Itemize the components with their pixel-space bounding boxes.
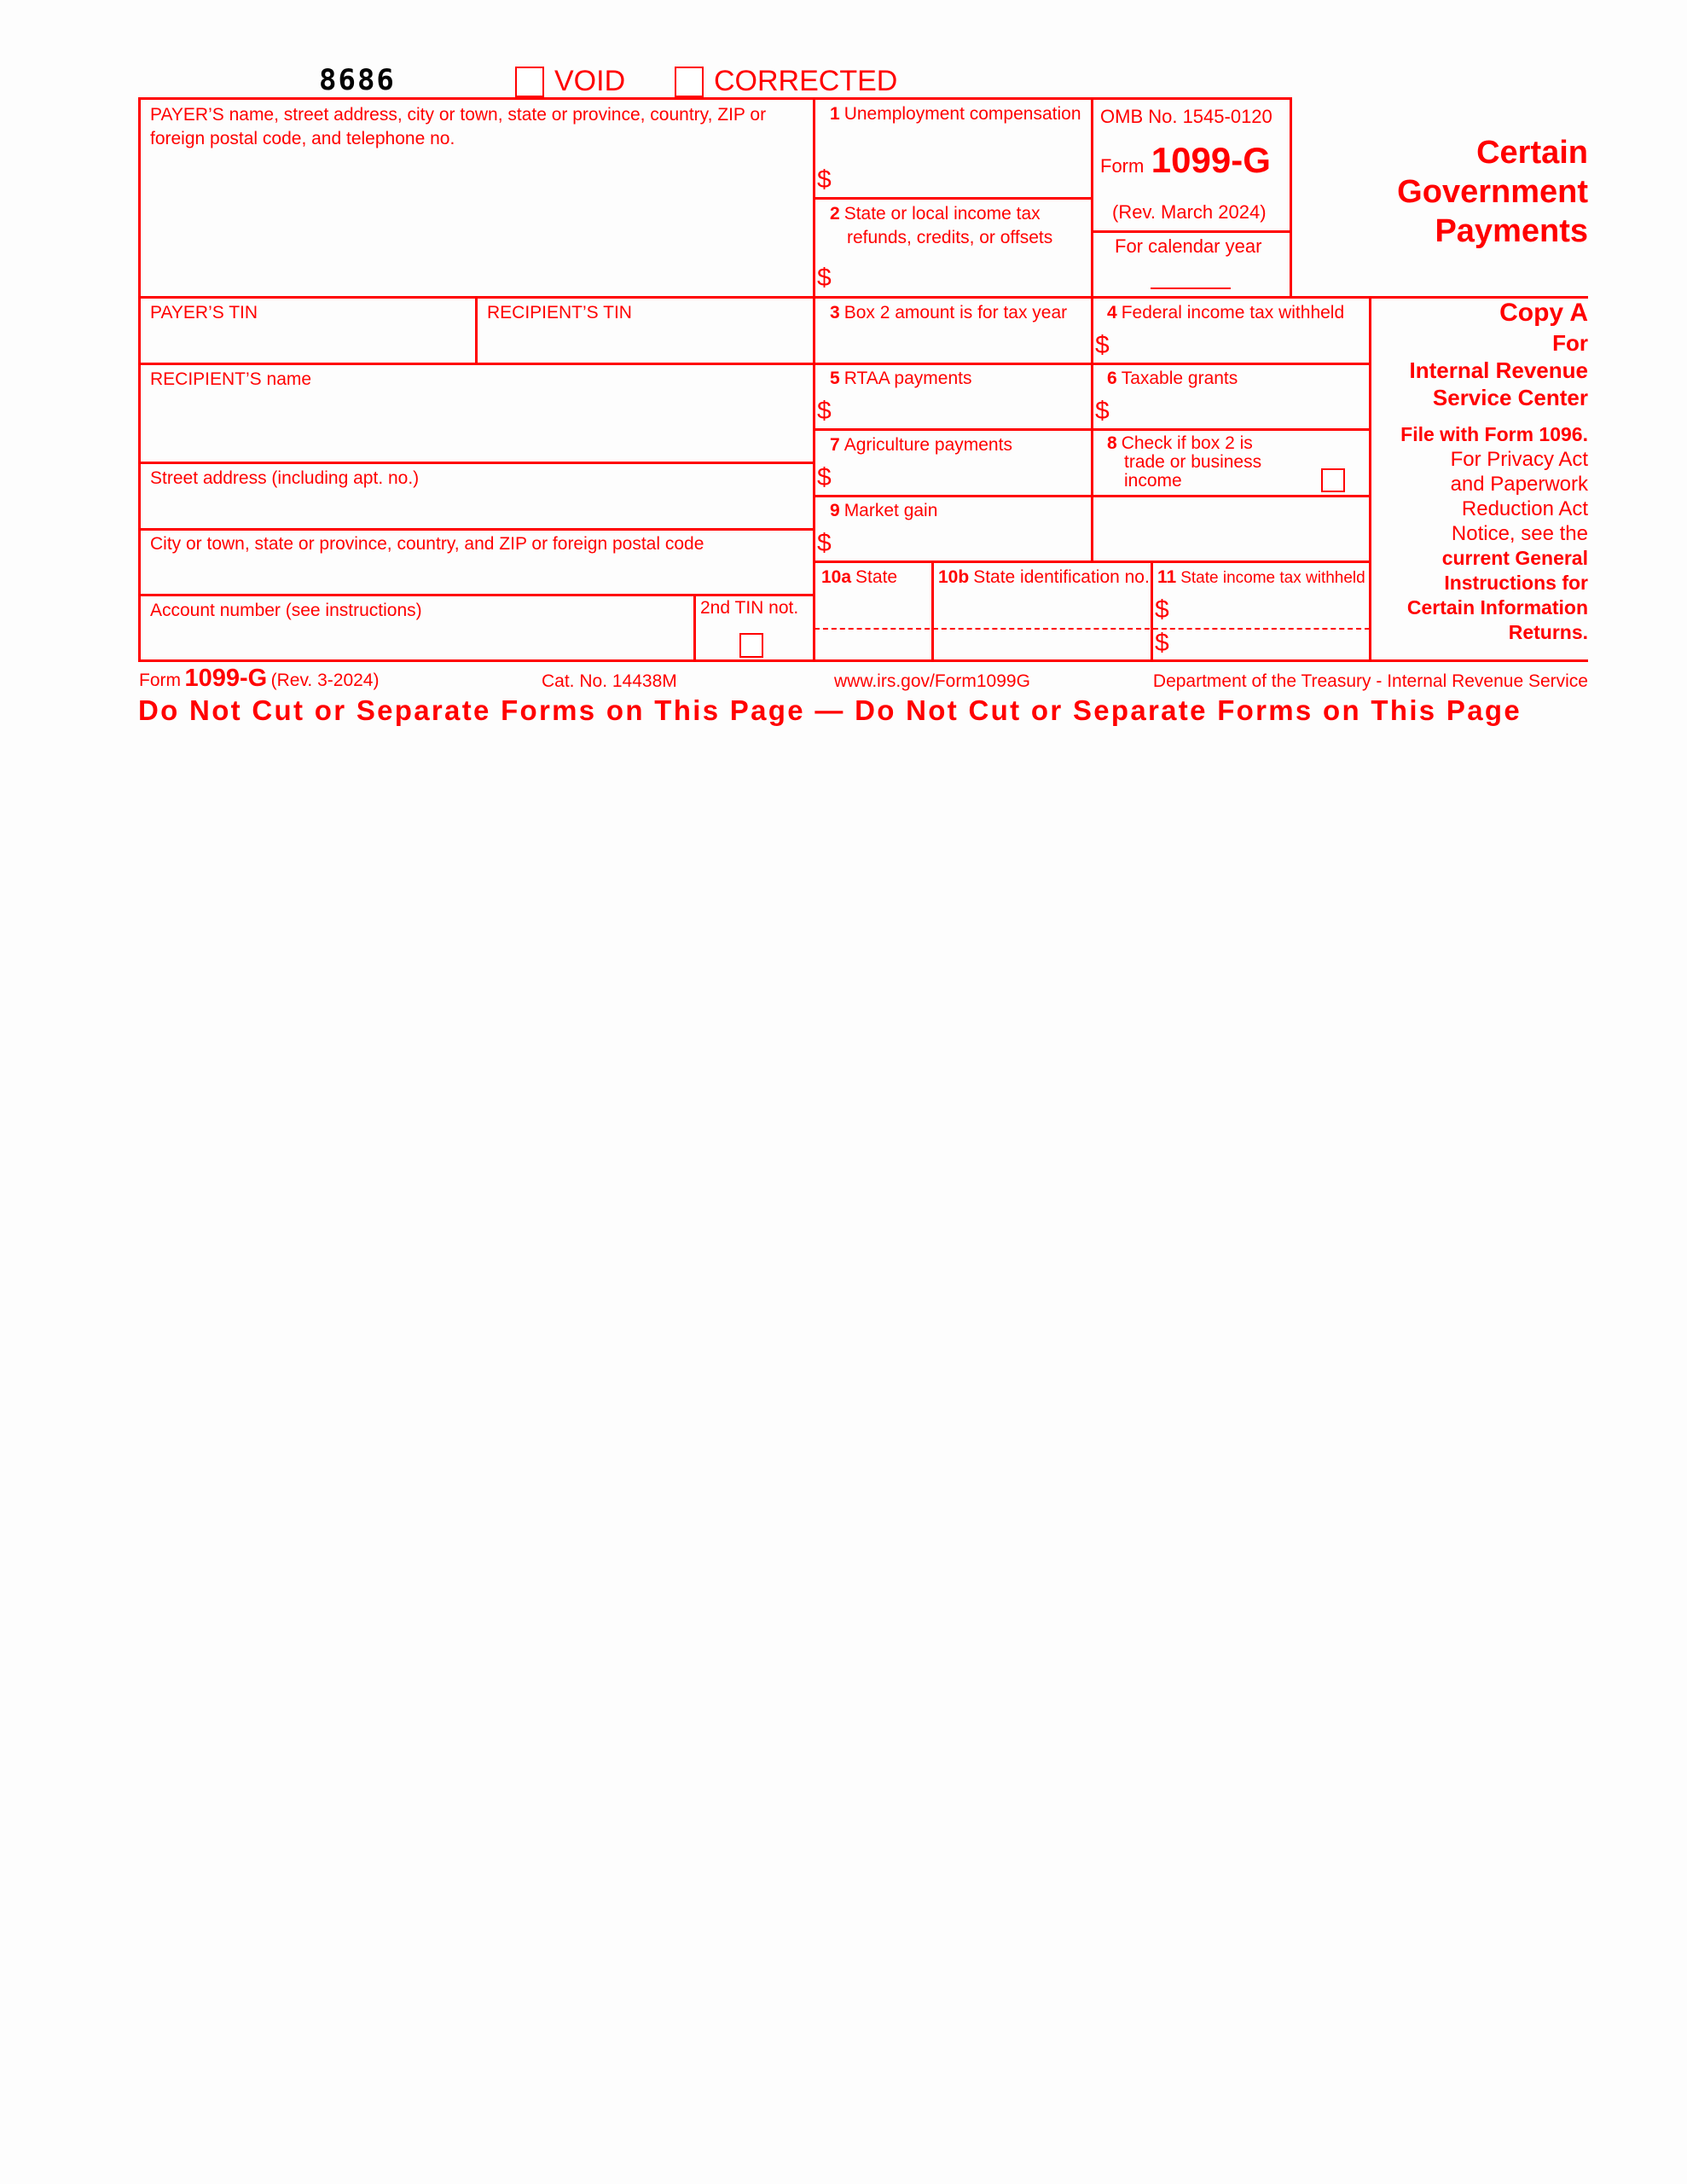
box6-field[interactable]: 6Taxable grants — [1107, 368, 1238, 389]
second-tin-label: 2nd TIN not. — [700, 597, 798, 619]
privacy-line-3: Reduction Act — [1375, 497, 1588, 521]
city-state-zip-field[interactable]: City or town, state or province, country… — [150, 533, 704, 555]
recipient-name-field[interactable]: RECIPIENT’S name — [150, 369, 311, 390]
box7-number: 7 — [830, 435, 840, 455]
form-code: 8686 — [319, 63, 396, 97]
form-revision: (Rev. March 2024) — [1112, 201, 1267, 224]
irs-line-1: Internal Revenue — [1375, 357, 1588, 384]
box6-dollar: $ — [1095, 398, 1110, 424]
box8-field: 8Check if box 2 is trade or business inc… — [1107, 434, 1261, 491]
form-number: 1099-G — [1151, 140, 1271, 180]
box11-dollar-2: $ — [1155, 630, 1169, 656]
box8-label-line2: trade or business — [1107, 452, 1261, 472]
calendar-year-field[interactable] — [1151, 260, 1231, 288]
do-not-cut-warning: Do Not Cut or Separate Forms on This Pag… — [138, 694, 1588, 727]
box9-number: 9 — [830, 501, 840, 520]
department-label: Department of the Treasury - Internal Re… — [1153, 671, 1588, 692]
box7-label: Agriculture payments — [844, 435, 1012, 455]
omb-number: OMB No. 1545-0120 — [1100, 106, 1272, 128]
file-with-label: File with Form 1096. — [1375, 421, 1588, 447]
title-line-1: Certain — [1397, 133, 1588, 172]
box5-number: 5 — [830, 369, 840, 388]
instructions-line-3: Certain Information — [1375, 595, 1588, 620]
box1-dollar: $ — [817, 167, 832, 193]
calendar-year-label: For calendar year — [1115, 235, 1261, 258]
box6-label: Taxable grants — [1122, 369, 1238, 388]
box1-field[interactable]: 1Unemployment compensation — [830, 103, 1081, 125]
box11-label: State income tax withheld — [1180, 569, 1365, 587]
account-number-label: Account number (see instructions) — [150, 601, 422, 620]
box8-label-line1: Check if box 2 is — [1122, 433, 1253, 453]
box10a-label: State — [855, 567, 897, 587]
box1-label: Unemployment compensation — [844, 104, 1081, 124]
box10b-number: 10b — [938, 567, 969, 587]
void-checkbox[interactable] — [515, 67, 544, 97]
recipient-tin-label: RECIPIENT’S TIN — [487, 303, 632, 322]
box4-dollar: $ — [1095, 333, 1110, 358]
box9-label: Market gain — [844, 501, 938, 520]
instructions-line-1: current General — [1375, 546, 1588, 571]
copy-a-block: Copy A For Internal Revenue Service Cent… — [1375, 297, 1588, 645]
box11-number: 11 — [1157, 567, 1176, 587]
copy-label: Copy A — [1375, 297, 1588, 329]
box9-field[interactable]: 9Market gain — [830, 500, 937, 521]
box2-field[interactable]: 2State or local income tax refunds, cred… — [830, 202, 1052, 250]
box11-field[interactable]: 11State income tax withheld — [1157, 566, 1365, 589]
recipient-name-label: RECIPIENT’S name — [150, 369, 311, 389]
box2-dollar: $ — [817, 265, 832, 291]
box10b-label: State identification no. — [973, 567, 1150, 587]
form-name-title: Certain Government Payments — [1397, 133, 1588, 251]
box3-field[interactable]: 3Box 2 amount is for tax year — [830, 302, 1067, 323]
catalog-number: Cat. No. 14438M — [542, 671, 677, 692]
street-address-field[interactable]: Street address (including apt. no.) — [150, 468, 419, 489]
footer-revision: (Rev. 3-2024) — [271, 671, 380, 690]
form-title: Form 1099-G — [1100, 140, 1271, 181]
title-line-3: Payments — [1397, 212, 1588, 251]
void-label: VOID — [554, 65, 625, 98]
box9-dollar: $ — [817, 531, 832, 556]
footer-form-id: Form 1099-G (Rev. 3-2024) — [139, 665, 379, 693]
box11-dollar-1: $ — [1155, 597, 1169, 623]
footer-form-number: 1099-G — [184, 665, 267, 692]
privacy-line-2: and Paperwork — [1375, 472, 1588, 497]
box3-number: 3 — [830, 303, 840, 322]
second-tin-checkbox[interactable] — [739, 633, 763, 658]
for-label: For — [1375, 329, 1588, 357]
account-number-field[interactable]: Account number (see instructions) — [150, 600, 422, 621]
box5-field[interactable]: 5RTAA payments — [830, 368, 971, 389]
box4-field[interactable]: 4Federal income tax withheld — [1107, 302, 1344, 323]
irs-url-link[interactable]: www.irs.gov/Form1099G — [834, 671, 1030, 692]
box5-dollar: $ — [817, 398, 832, 424]
box2-label-line2: refunds, credits, or offsets — [830, 228, 1052, 247]
irs-line-2: Service Center — [1375, 384, 1588, 411]
box4-number: 4 — [1107, 303, 1117, 322]
box8-checkbox[interactable] — [1321, 468, 1345, 492]
payer-tin-label: PAYER’S TIN — [150, 303, 258, 322]
box7-dollar: $ — [817, 465, 832, 491]
box1-number: 1 — [830, 104, 840, 124]
corrected-checkbox[interactable] — [675, 67, 704, 97]
box2-label-line1: State or local income tax — [844, 204, 1041, 224]
box2-number: 2 — [830, 204, 840, 224]
box8-number: 8 — [1107, 433, 1117, 453]
box5-label: RTAA payments — [844, 369, 972, 388]
privacy-line-4: Notice, see the — [1375, 521, 1588, 546]
recipient-tin-field[interactable]: RECIPIENT’S TIN — [487, 302, 632, 323]
payer-info-label: PAYER’S name, street address, city or to… — [150, 105, 766, 148]
box8-label-line3: income — [1107, 471, 1182, 491]
title-line-2: Government — [1397, 172, 1588, 212]
blank-box — [1093, 497, 1368, 561]
payer-info-field[interactable]: PAYER’S name, street address, city or to… — [150, 103, 807, 151]
street-address-label: Street address (including apt. no.) — [150, 468, 419, 488]
instructions-line-2: Instructions for — [1375, 571, 1588, 595]
box6-number: 6 — [1107, 369, 1117, 388]
box7-field[interactable]: 7Agriculture payments — [830, 434, 1012, 456]
box10a-number: 10a — [821, 567, 851, 587]
box4-label: Federal income tax withheld — [1122, 303, 1344, 322]
box10b-field[interactable]: 10bState identification no. — [938, 566, 1150, 588]
instructions-line-4: Returns. — [1375, 620, 1588, 645]
city-state-zip-label: City or town, state or province, country… — [150, 534, 704, 554]
corrected-label: CORRECTED — [714, 65, 897, 98]
box10a-field[interactable]: 10aState — [821, 566, 897, 588]
privacy-line-1: For Privacy Act — [1375, 447, 1588, 472]
form-prefix: Form — [1100, 155, 1144, 177]
payer-tin-field[interactable]: PAYER’S TIN — [150, 302, 258, 323]
box3-label: Box 2 amount is for tax year — [844, 303, 1067, 322]
footer-form-prefix: Form — [139, 671, 181, 690]
